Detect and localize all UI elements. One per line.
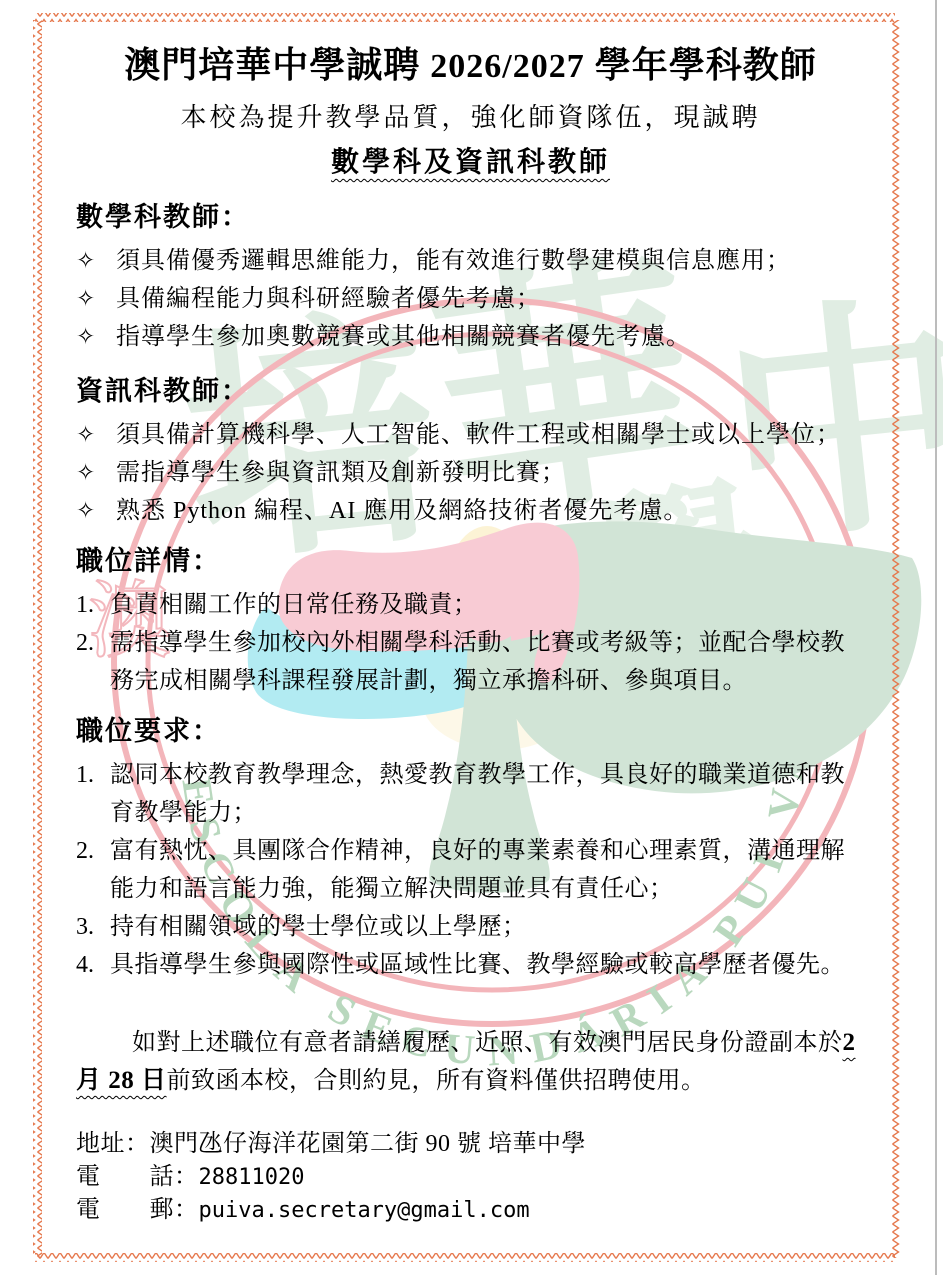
post-title-text: 數學科及資訊科教師 — [331, 147, 610, 178]
phone-row: 電 話： 28811020 — [76, 1161, 865, 1194]
border-bottom — [35, 1253, 895, 1262]
list-item: ✧ 熟悉 Python 編程、AI 應用及網絡技術者優先考慮。 — [76, 492, 865, 530]
list-item-text: 富有熱忱、具團隊合作精神，良好的專業素養和心理素質，溝通理解能力和語言能力強，能… — [110, 832, 865, 908]
page-title: 澳門培華中學誠聘 2026/2027 學年學科教師 — [76, 42, 865, 90]
closing-text-after: 前致函本校，合則約見，所有資料僅供招聘使用。 — [167, 1068, 706, 1094]
section-heading-job-details: 職位詳情： — [76, 542, 865, 580]
list-item: ✧ 需指導學生參與資訊類及創新發明比賽； — [76, 454, 865, 492]
list-item-text: 需指導學生參與資訊類及創新發明比賽； — [116, 454, 865, 492]
document-content: 澳門培華中學誠聘 2026/2027 學年學科教師 本校為提升教學品質，強化師資… — [76, 30, 865, 1227]
section-heading-math-teacher: 數學科教師： — [76, 198, 865, 236]
border-top — [35, 13, 895, 22]
list-item-text: 須具備計算機科學、人工智能、軟件工程或相關學士或以上學位； — [116, 416, 865, 454]
diamond-bullet-icon: ✧ — [76, 416, 116, 454]
post-title: 數學科及資訊科教師 — [76, 144, 865, 182]
list-item-text: 須具備優秀邏輯思維能力，能有效進行數學建模與信息應用； — [116, 242, 865, 280]
title-text-post: 學年學科教師 — [585, 45, 817, 85]
email-value: puiva.secretary@gmail.com — [199, 1194, 530, 1227]
intro-line: 本校為提升教學品質，強化師資隊伍，現誠聘 — [76, 100, 865, 136]
address-row: 地址： 澳門氹仔海洋花園第二街 90 號 培華中學 — [76, 1128, 865, 1161]
list-item: 4. 具指導學生參與國際性或區域性比賽、教學經驗或較高學歷者優先。 — [76, 946, 865, 984]
list-item-text: 熟悉 Python 編程、AI 應用及網絡技術者優先考慮。 — [116, 492, 865, 530]
address-label: 地址： — [76, 1128, 150, 1161]
diamond-bullet-icon: ✧ — [76, 280, 116, 318]
section-heading-it-teacher: 資訊科教師： — [76, 372, 865, 410]
list-item: ✧ 指導學生參加奧數競賽或其他相關競賽者優先考慮。 — [76, 318, 865, 356]
list-item-text: 持有相關領域的學士學位或以上學歷； — [110, 908, 865, 946]
list-item-text: 指導學生參加奧數競賽或其他相關競賽者優先考慮。 — [116, 318, 865, 356]
diamond-bullet-icon: ✧ — [76, 318, 116, 356]
list-item-number: 2. — [76, 624, 110, 662]
list-item-number: 2. — [76, 832, 110, 870]
title-text-pre: 澳門培華中學誠聘 — [124, 45, 430, 85]
list-item-text: 需指導學生參加校內外相關學科活動、比賽或考級等；並配合學校教務完成相關學科課程發… — [110, 624, 865, 700]
address-value: 澳門氹仔海洋花園第二街 90 號 培華中學 — [150, 1128, 587, 1161]
list-item: 1. 認同本校教育教學理念，熱愛教育教學工作，具良好的職業道德和教育教學能力； — [76, 756, 865, 832]
list-item: 1. 負責相關工作的日常任務及職責； — [76, 586, 865, 624]
list-item-number: 1. — [76, 586, 110, 624]
section-heading-job-requirements: 職位要求： — [76, 712, 865, 750]
list-item: 2. 富有熱忱、具團隊合作精神，良好的專業素養和心理素質，溝通理解能力和語言能力… — [76, 832, 865, 908]
contact-block: 地址： 澳門氹仔海洋花園第二街 90 號 培華中學 電 話： 28811020 … — [76, 1128, 865, 1227]
border-left — [33, 20, 42, 1258]
list-item: ✧ 須具備計算機科學、人工智能、軟件工程或相關學士或以上學位； — [76, 416, 865, 454]
list-item-text: 負責相關工作的日常任務及職責； — [110, 586, 865, 624]
phone-value: 28811020 — [199, 1161, 305, 1194]
list-item: 2. 需指導學生參加校內外相關學科活動、比賽或考級等；並配合學校教務完成相關學科… — [76, 624, 865, 700]
page-edge-line — [935, 0, 937, 1275]
recruitment-notice-page: 培 華 中 學 ESCOLA SECUNDÁRIA PUI VA MACAU 澳… — [0, 0, 943, 1275]
list-item: 3. 持有相關領域的學士學位或以上學歷； — [76, 908, 865, 946]
title-school-year: 2026/2027 — [430, 48, 584, 85]
list-item-number: 3. — [76, 908, 110, 946]
list-item-number: 1. — [76, 756, 110, 794]
phone-label: 電 話： — [76, 1161, 199, 1194]
email-row: 電 郵： puiva.secretary@gmail.com — [76, 1194, 865, 1227]
diamond-bullet-icon: ✧ — [76, 454, 116, 492]
list-item: ✧ 須具備優秀邏輯思維能力，能有效進行數學建模與信息應用； — [76, 242, 865, 280]
diamond-bullet-icon: ✧ — [76, 242, 116, 280]
list-item-text: 具指導學生參與國際性或區域性比賽、教學經驗或較高學歷者優先。 — [110, 946, 865, 984]
diamond-bullet-icon: ✧ — [76, 492, 116, 530]
list-item-text: 具備編程能力與科研經驗者優先考慮； — [116, 280, 865, 318]
list-item-number: 4. — [76, 946, 110, 984]
list-item: ✧ 具備編程能力與科研經驗者優先考慮； — [76, 280, 865, 318]
closing-text-before: 如對上述職位有意者請繕履歷、近照、有效澳門居民身份證副本於 — [132, 1030, 843, 1056]
email-label: 電 郵： — [76, 1194, 199, 1227]
border-right — [891, 20, 900, 1258]
list-item-text: 認同本校教育教學理念，熱愛教育教學工作，具良好的職業道德和教育教學能力； — [110, 756, 865, 832]
application-instructions: 如對上述職位有意者請繕履歷、近照、有效澳門居民身份證副本於2 月 28 日前致函… — [76, 1024, 865, 1100]
